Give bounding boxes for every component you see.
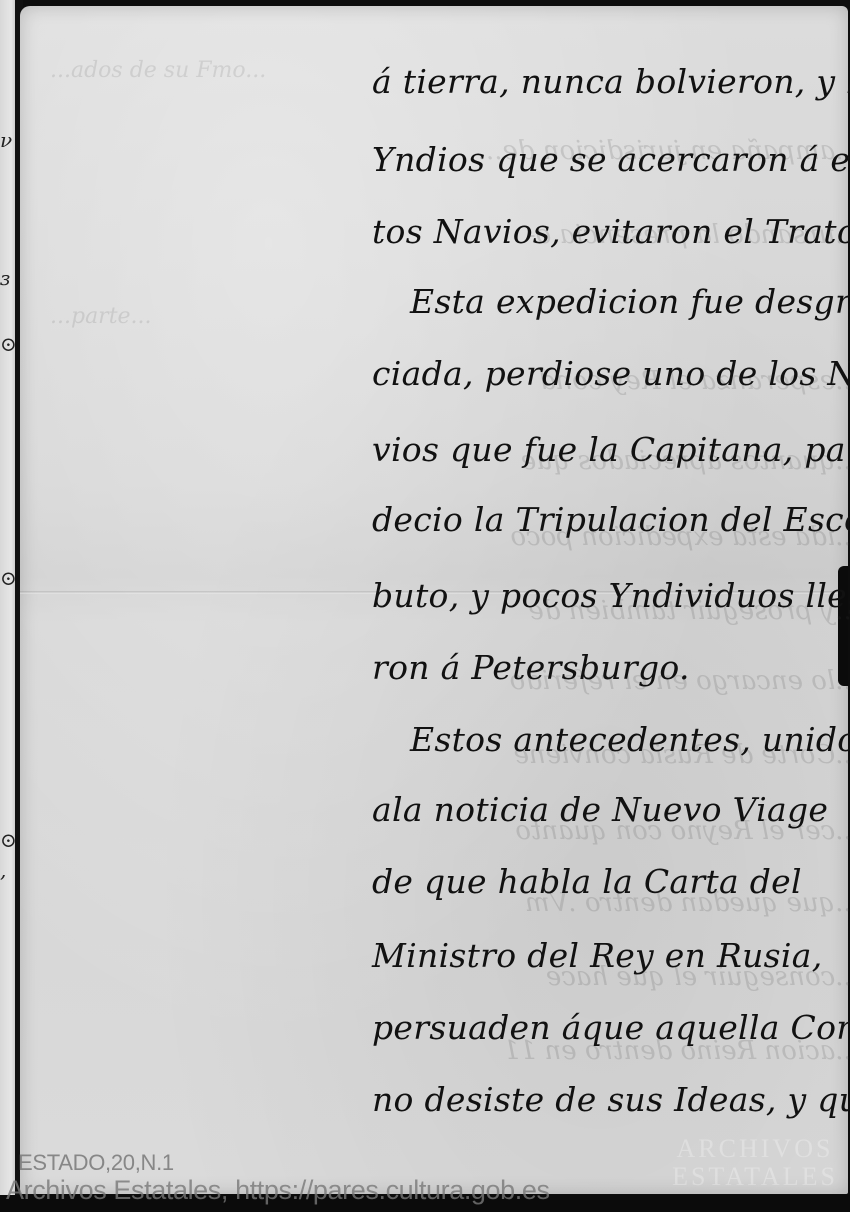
manuscript-line: decio la Tripulacion del Escor — [372, 500, 850, 539]
manuscript-line: ciada, perdiose uno de los Na — [372, 354, 850, 393]
manuscript-line: ron á Petersburgo. — [372, 648, 690, 687]
manuscript-line: Ministro del Rey en Rusia, — [372, 936, 823, 975]
margin-mark: , — [0, 860, 6, 880]
manuscript-line: buto, y pocos Yndividuos llega — [372, 576, 850, 615]
previous-page-edge: ν ɜ ⊙ ⊙ ⊙ , — [0, 0, 16, 1212]
manuscript-line: Esta expedicion fue desgra — [410, 282, 850, 321]
manuscript-line: ala noticia de Nuevo Viage — [372, 790, 828, 829]
manuscript-line: no desiste de sus Ideas, y que — [372, 1080, 850, 1119]
margin-mark: ɜ — [0, 268, 10, 288]
bleed-through-line: ...ados de su Fmo... — [50, 58, 370, 83]
manuscript-line: de que habla la Carta del — [372, 862, 802, 901]
manuscript-line: vios que fue la Capitana, pa — [372, 430, 846, 469]
manuscript-line: Estos antecedentes, unidos — [410, 720, 850, 759]
manuscript-line: Yndios que se acercaron á es — [372, 140, 850, 179]
manuscript-line: á tierra, nunca bolvieron, y los — [372, 62, 850, 101]
archive-watermark-logo: ARCHIVOS ESTATALES — [670, 1135, 840, 1195]
manuscript-line: persuaden áque aquella Corte — [372, 1008, 850, 1047]
reference-code: ESTADO,20,N.1 — [18, 1150, 174, 1176]
bleed-through-line: ...parte... — [50, 304, 370, 329]
manuscript-line: tos Navios, evitaron el Trato. — [372, 212, 850, 251]
margin-mark: ν — [0, 130, 12, 150]
source-credit: Archivos Estatales, https://pares.cultur… — [6, 1175, 550, 1206]
